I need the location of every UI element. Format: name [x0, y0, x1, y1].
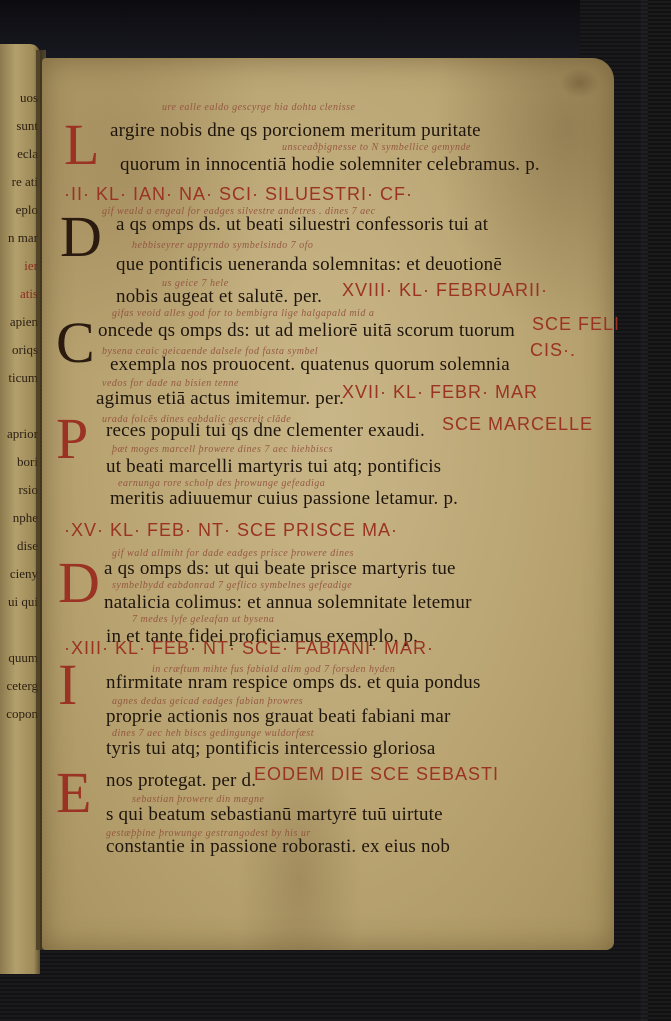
interlinear-gloss: gifas veoid alles god for to bembigra li… [112, 308, 374, 319]
interlinear-gloss: þæt moges marcell þrowere dines 7 aec hi… [112, 444, 333, 455]
facing-line [0, 616, 38, 644]
facing-line: copon [0, 700, 38, 728]
rubric-heading: SCE MARCELLE [442, 414, 593, 435]
facing-line: cieny [0, 560, 38, 588]
decorated-initial: E [56, 764, 91, 822]
cloth-edge-strip [648, 0, 671, 1021]
facing-page-text: uossunteclare atieplon marieratisapienor… [0, 84, 38, 728]
facing-line: rsio [0, 476, 38, 504]
manuscript-recto-page: ure ealle ealdo gescyrge hia dohta cleni… [42, 58, 614, 950]
facing-line: ticum [0, 364, 38, 392]
interlinear-gloss: hebbiseyrer appyrndo symbelsindo 7 ofo [132, 240, 313, 251]
text-line: ut beati marcelli martyris tui atq; pont… [106, 456, 441, 478]
rubric-heading: EODEM DIE SCE SEBASTI [254, 764, 499, 785]
text-line: nfirmitate nram respice omps ds. et quia… [106, 672, 481, 694]
text-line: s qui beatum sebastianū martyrē tuū uirt… [106, 804, 443, 826]
facing-line: atis [0, 280, 38, 308]
facing-line: oriqs [0, 336, 38, 364]
rubric-heading: ·II· KL· IAN· NA· SCI· SILUESTRI· CF· [64, 184, 413, 205]
facing-line: quum [0, 644, 38, 672]
page-stain [560, 68, 600, 98]
text-line: meritis adiuuemur cuius passione letamur… [110, 488, 458, 510]
text-line: que pontificis ueneranda solemnitas: et … [116, 254, 502, 276]
facing-line: sunt [0, 112, 38, 140]
facing-line: ier [0, 252, 38, 280]
rubric-heading: XVII· KL· FEBR· MAR [342, 382, 538, 403]
facing-line: bori [0, 448, 38, 476]
decorated-initial: D [60, 208, 102, 266]
facing-line: uos [0, 84, 38, 112]
interlinear-gloss: ure ealle ealdo gescyrge hia dohta cleni… [162, 102, 356, 113]
decorated-initial: D [58, 554, 100, 612]
text-line: tyris tui atq; pontificis intercessio gl… [106, 738, 436, 760]
top-shadow [0, 0, 580, 60]
text-line: agimus etiā actus imitemur. per. [96, 388, 344, 410]
decorated-initial: I [58, 656, 77, 714]
text-line: exempla nos prouocent. quatenus quorum s… [110, 354, 510, 376]
decorated-initial: C [56, 314, 95, 372]
facing-line: dise [0, 532, 38, 560]
facing-line: ui qui [0, 588, 38, 616]
text-line: nobis augeat et salutē. per. [116, 286, 322, 308]
text-line: constantie in passione roborasti. ex eiu… [106, 836, 450, 858]
facing-line: ceterg [0, 672, 38, 700]
text-line: a qs omps ds. ut beati siluestri confess… [116, 214, 488, 236]
interlinear-gloss: 7 medes lyfe geleafan ut bysena [132, 614, 274, 625]
facing-line: nphe [0, 504, 38, 532]
facing-verso-page: uossunteclare atieplon marieratisapienor… [0, 44, 40, 974]
facing-line: apien [0, 308, 38, 336]
facing-line: eplo [0, 196, 38, 224]
interlinear-gloss: unsceaðþignesse to N symbellice gemynde [282, 142, 471, 153]
facing-line [0, 392, 38, 420]
facing-line: aprior [0, 420, 38, 448]
rubric-heading: SCE FELI [532, 314, 620, 335]
rubric-heading: CIS·. [530, 340, 576, 361]
text-line: oncede qs omps ds: ut ad meliorē uitā sc… [98, 320, 515, 342]
facing-line: ecla [0, 140, 38, 168]
decorated-initial: L [64, 116, 99, 174]
decorated-initial: P [56, 410, 88, 468]
text-line: quorum in innocentiā hodie solemniter ce… [120, 154, 540, 176]
text-line: proprie actionis nos grauat beati fabian… [106, 706, 451, 728]
rubric-heading: ·XIII· KL· FEB· NT· SCE· FABIANI· MAR· [64, 638, 434, 659]
text-line: natalicia colimus: et annua solemnitate … [104, 592, 472, 614]
rubric-heading: XVIII· KL· FEBRUARII· [342, 280, 548, 301]
text-line: reces populi tui qs dne clementer exaudi… [106, 420, 425, 442]
text-line: a qs omps ds: ut qui beate prisce martyr… [104, 558, 456, 580]
facing-line: re ati [0, 168, 38, 196]
rubric-heading: ·XV· KL· FEB· NT· SCE PRISCE MA· [64, 520, 398, 541]
text-line: nos protegat. per d. [106, 770, 256, 792]
interlinear-gloss: symbelbydd eabdonrad 7 geflico symbelnes… [112, 580, 352, 591]
facing-line: n mar [0, 224, 38, 252]
text-line: argire nobis dne qs porcionem meritum pu… [110, 120, 481, 142]
